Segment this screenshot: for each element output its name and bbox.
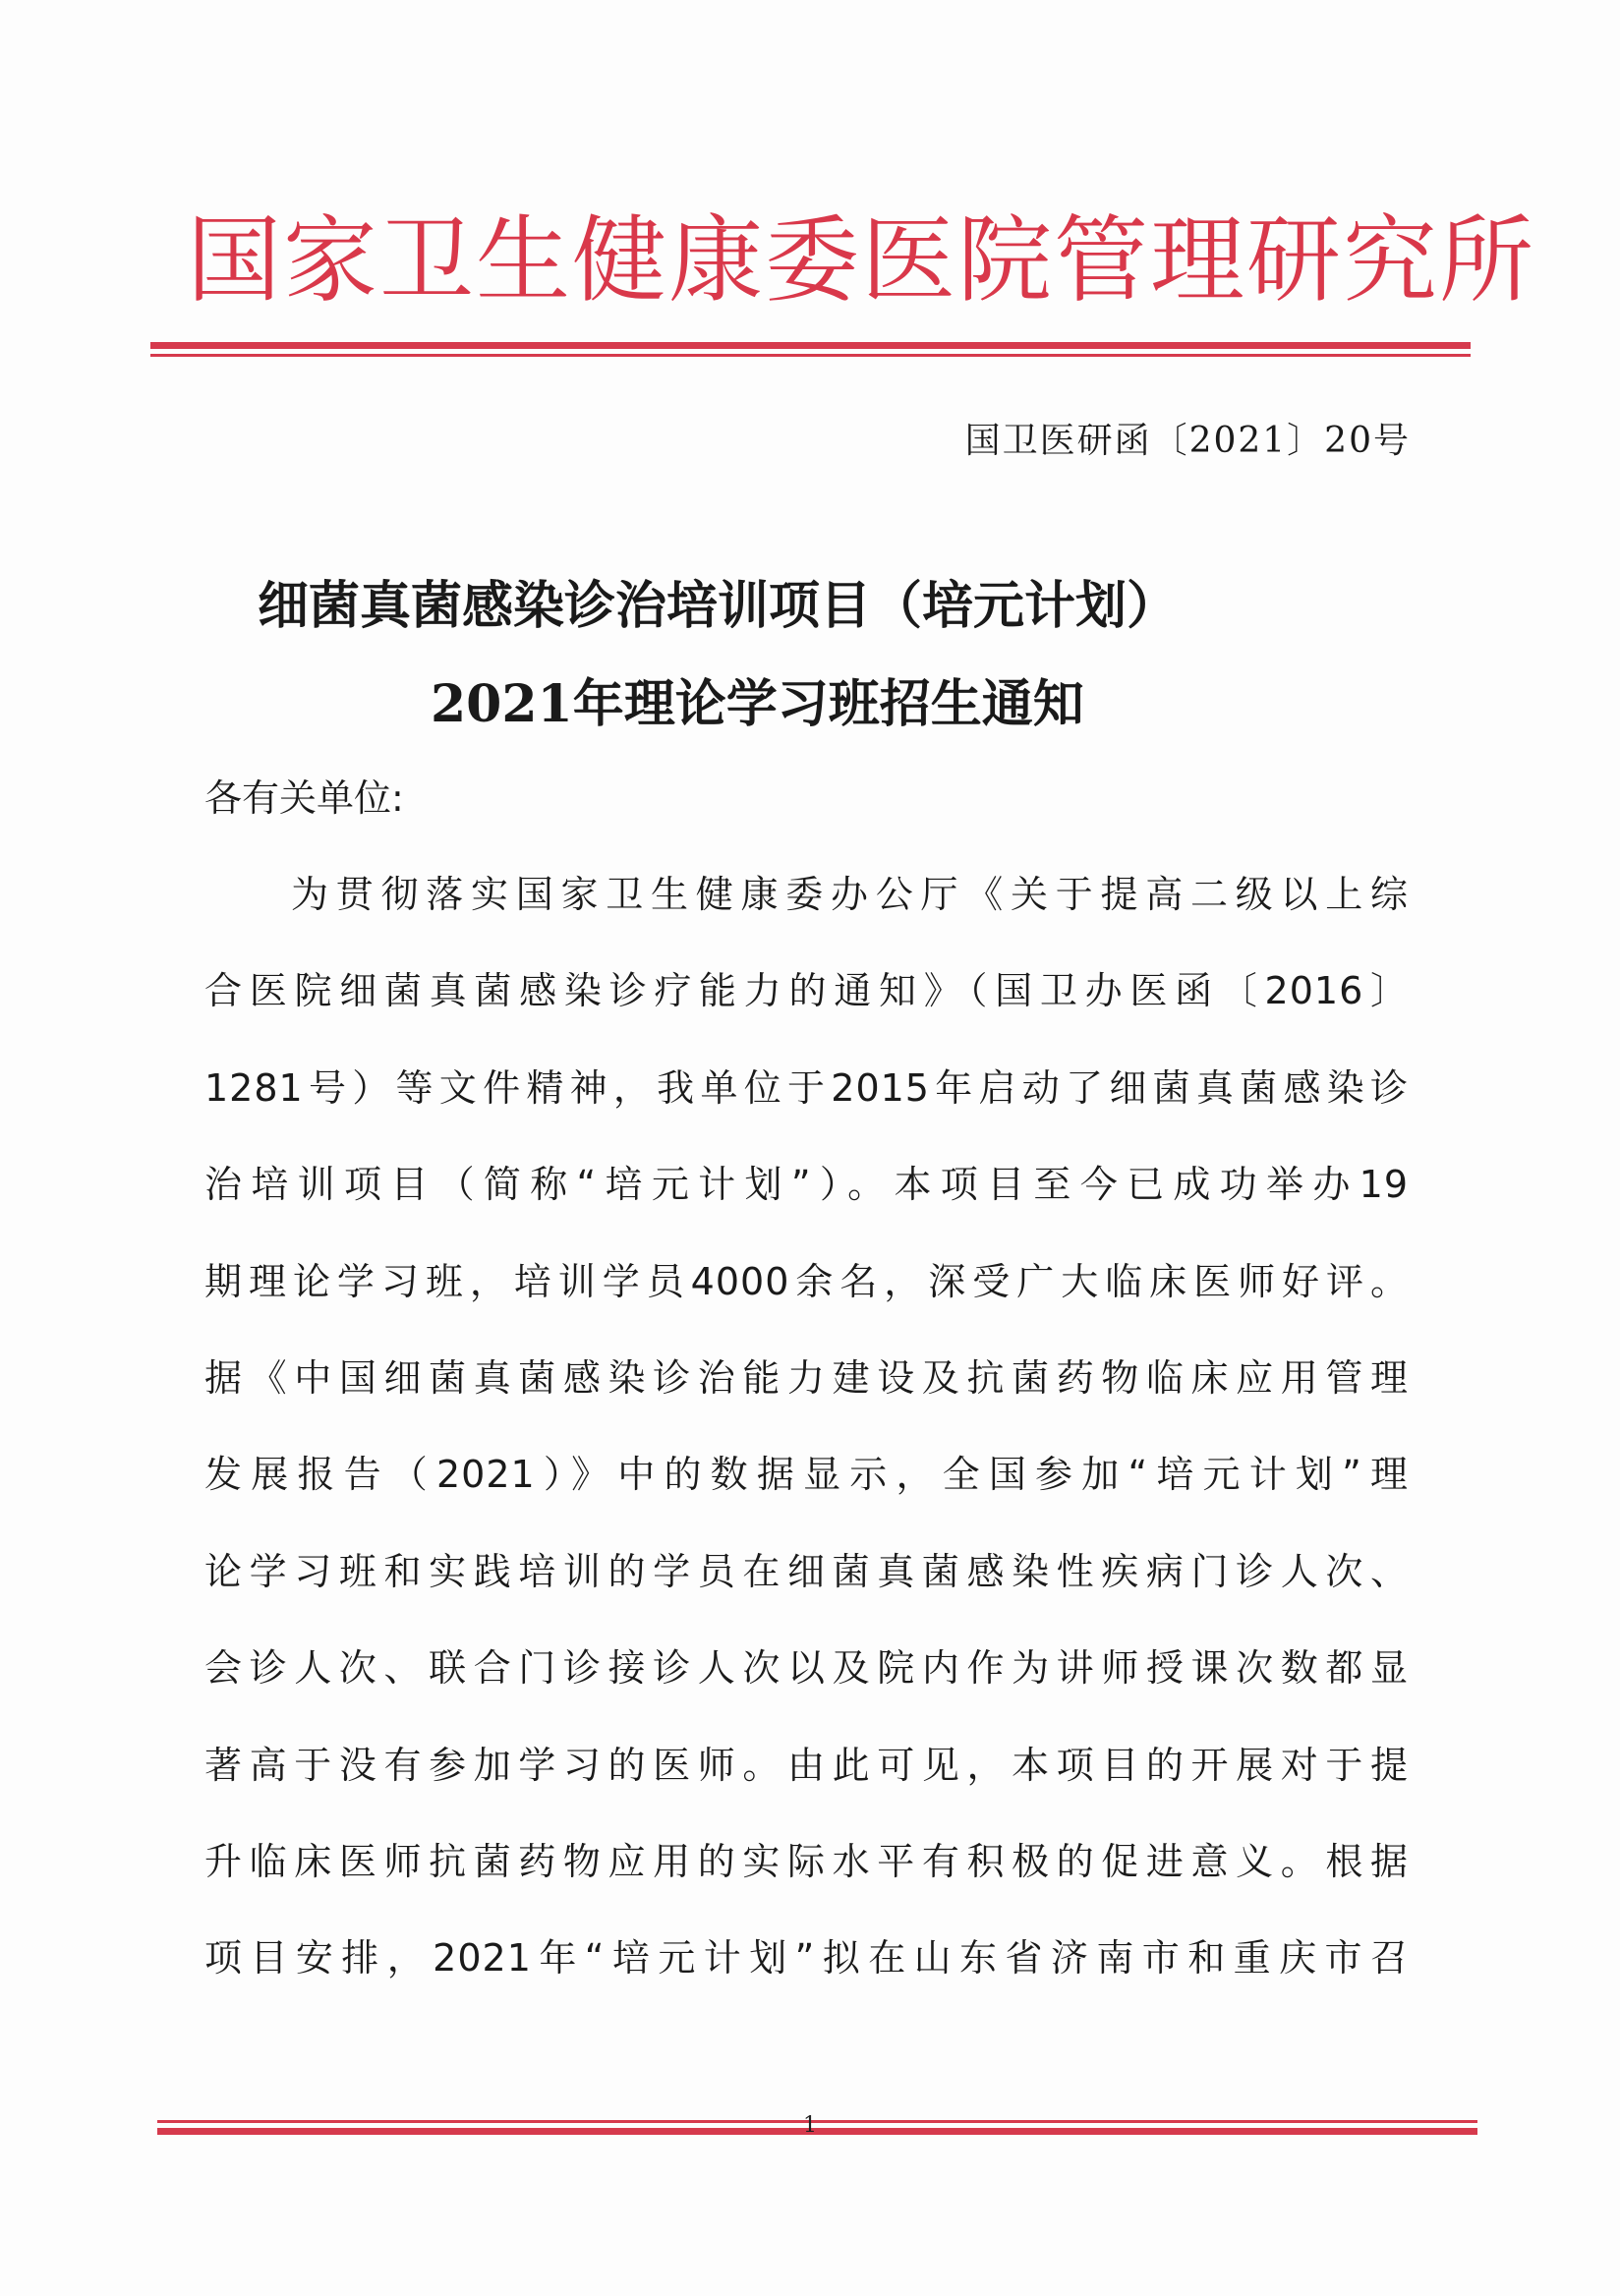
- body-line: 合医院细菌真菌感染诊疗能力的通知》（国卫办医函〔2016〕: [204, 963, 1409, 1018]
- body-line: 项目安排，2021年“培元计划”拟在山东省济南市和重庆市召: [204, 1930, 1409, 1985]
- body-line: 会诊人次、联合门诊接诊人次以及院内作为讲师授课次数都显: [204, 1640, 1409, 1695]
- salutation: 各有关单位:: [204, 771, 404, 826]
- title-line-1: 细菌真菌感染诊治培训项目（培元计划）: [258, 572, 1178, 641]
- body-line: 据《中国细菌真菌感染诊治能力建设及抗菌药物临床应用管理: [204, 1350, 1409, 1406]
- header-rule-thin: [150, 354, 1471, 357]
- body-line: 1281号）等文件精神，我单位于2015年启动了细菌真菌感染诊: [204, 1061, 1409, 1116]
- organization-header: 国家卫生健康委医院管理研究所: [187, 201, 1455, 319]
- body-line: 论学习班和实践培训的学员在细菌真菌感染性疾病门诊人次、: [204, 1544, 1409, 1599]
- page-number: 1: [800, 2113, 820, 2139]
- body-line: 为贯彻落实国家卫生健康委办公厅《关于提高二级以上综: [291, 867, 1409, 922]
- header-rule-thick: [150, 342, 1471, 349]
- body-line: 治培训项目（简称“培元计划”）。本项目至今已成功举办19: [204, 1157, 1409, 1212]
- body-line: 发展报告（2021）》中的数据显示，全国参加“培元计划”理: [204, 1447, 1409, 1502]
- title-line-2: 2021年理论学习班招生通知: [431, 670, 1084, 739]
- body-line: 升临床医师抗菌药物应用的实际水平有积极的促进意义。根据: [204, 1834, 1409, 1889]
- body-line: 期理论学习班，培训学员4000余名，深受广大临床医师好评。: [204, 1254, 1409, 1309]
- document-page: 国家卫生健康委医院管理研究所 国卫医研函〔2021〕20号 细菌真菌感染诊治培训…: [0, 0, 1620, 2296]
- document-number: 国卫医研函〔2021〕20号: [909, 417, 1411, 466]
- body-line: 著高于没有参加学习的医师。由此可见，本项目的开展对于提: [204, 1738, 1409, 1793]
